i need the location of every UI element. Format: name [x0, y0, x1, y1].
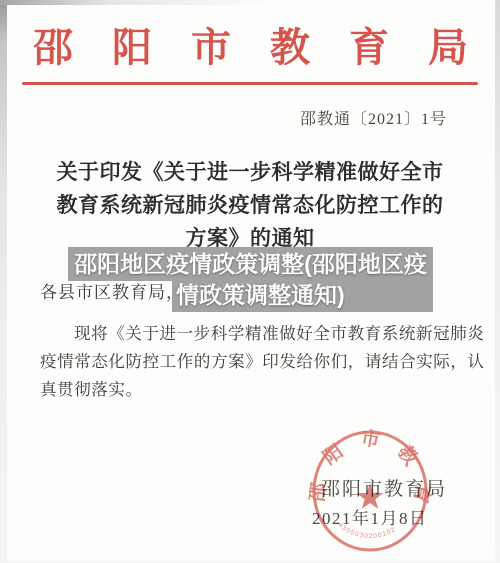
official-seal: 邵阳市教育局 4305030200102: [308, 428, 432, 556]
body-line: 现将《关于进一步科学精准做好全市教育系统新冠肺炎: [40, 320, 480, 348]
overlay-caption-line1: 邵阳地区疫情政策调整(邵阳地区疫: [68, 247, 433, 281]
seal-arc-text: 邵阳市教育局: [308, 428, 432, 522]
document-number: 邵教通〔2021〕1号: [300, 106, 447, 129]
photo-edge-right: [495, 0, 500, 563]
letterhead-divider: [22, 82, 478, 85]
svg-text:4305030200102: 4305030200102: [337, 522, 398, 540]
photo-edge-left: [0, 0, 7, 563]
document-page: 邵阳市教育局 邵教通〔2021〕1号 关于印发《关于进一步科学精准做好全市 教育…: [0, 0, 500, 563]
agency-letterhead: 邵阳市教育局: [33, 16, 500, 73]
overlay-caption-line2: 情政策调整通知): [172, 281, 433, 312]
notice-title-line: 教育系统新冠肺炎疫情常态化防控工作的: [25, 189, 475, 222]
body-paragraph: 现将《关于进一步科学精准做好全市教育系统新冠肺炎 疫情常态化防控工作的方案》印发…: [40, 320, 480, 404]
salutation: 各县市区教育局，: [40, 278, 184, 303]
star-icon: [357, 484, 384, 509]
svg-text:邵阳市教育局: 邵阳市教育局: [308, 428, 432, 522]
photo-edge-bottom: [0, 559, 500, 563]
photo-edge-top: [0, 0, 500, 5]
notice-title: 关于印发《关于进一步科学精准做好全市 教育系统新冠肺炎疫情常态化防控工作的 方案…: [25, 156, 475, 255]
seal-code: 4305030200102: [337, 522, 398, 540]
body-line: 真贯彻落实。: [40, 376, 480, 404]
notice-title-line: 关于印发《关于进一步科学精准做好全市: [25, 156, 475, 189]
body-line: 疫情常态化防控工作的方案》印发给你们，请结合实际，认: [40, 348, 480, 376]
